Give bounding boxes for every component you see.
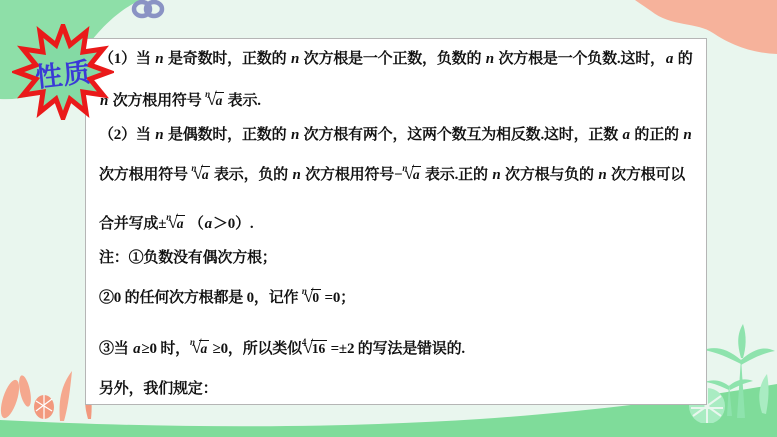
math-variable: n	[682, 127, 692, 143]
properties-badge: 性质	[12, 24, 114, 120]
nth-root-expression: n√a	[205, 84, 224, 110]
math-variable: n	[491, 167, 501, 183]
nth-root-expression: 4√16	[302, 332, 327, 358]
text-line: 注：①负数没有偶次方根；	[99, 248, 696, 268]
text-line: n 次方根用符号 n√a 表示.	[99, 85, 696, 111]
chain-link-icon	[130, 0, 166, 20]
math-variable: n	[154, 51, 164, 67]
text-line: （2）当 n 是偶数时，正数的 n 次方根有两个，这两个数互为相反数.这时，正数…	[99, 125, 696, 145]
nth-root-expression: n√a	[191, 158, 210, 184]
math-variable: n	[290, 51, 300, 67]
badge-label: 性质	[7, 19, 118, 125]
math-variable: n	[485, 51, 495, 67]
math-variable: a	[132, 341, 141, 357]
text-line: ③当 a≥0 时，n√a ≥0，所以类似4√16 =±2 的写法是错误的.	[99, 333, 696, 359]
nth-root-expression: n√a	[402, 158, 421, 184]
nth-root-expression: n√0	[302, 281, 321, 307]
nth-root-expression: n√a	[190, 332, 209, 358]
text-line: ②0 的任何次方根都是 0，记作 n√0 =0；	[99, 282, 696, 308]
content-panel: （1）当 n 是奇数时，正数的 n 次方根是一个正数，负数的 n 次方根是一个负…	[85, 38, 707, 405]
text-line: （1）当 n 是奇数时，正数的 n 次方根是一个正数，负数的 n 次方根是一个负…	[99, 49, 696, 69]
math-variable: n	[154, 127, 164, 143]
text-line: 另外，我们规定：	[99, 379, 696, 399]
text-line: 合并写成±n√a （a＞0）.	[99, 208, 696, 234]
math-variable: a	[665, 51, 674, 67]
math-variable: n	[292, 167, 302, 183]
slide: { "colors": { "bg": "#e9f6ee", "wave-gre…	[0, 0, 777, 437]
math-variable: n	[597, 167, 607, 183]
math-variable: n	[290, 127, 300, 143]
text-line: 次方根用符号 n√a 表示，负的 n 次方根用符号−n√a 表示.正的 n 次方…	[99, 159, 696, 185]
math-variable: a	[622, 127, 631, 143]
nth-root-expression: n√a	[166, 207, 185, 233]
math-variable: a	[204, 216, 213, 232]
